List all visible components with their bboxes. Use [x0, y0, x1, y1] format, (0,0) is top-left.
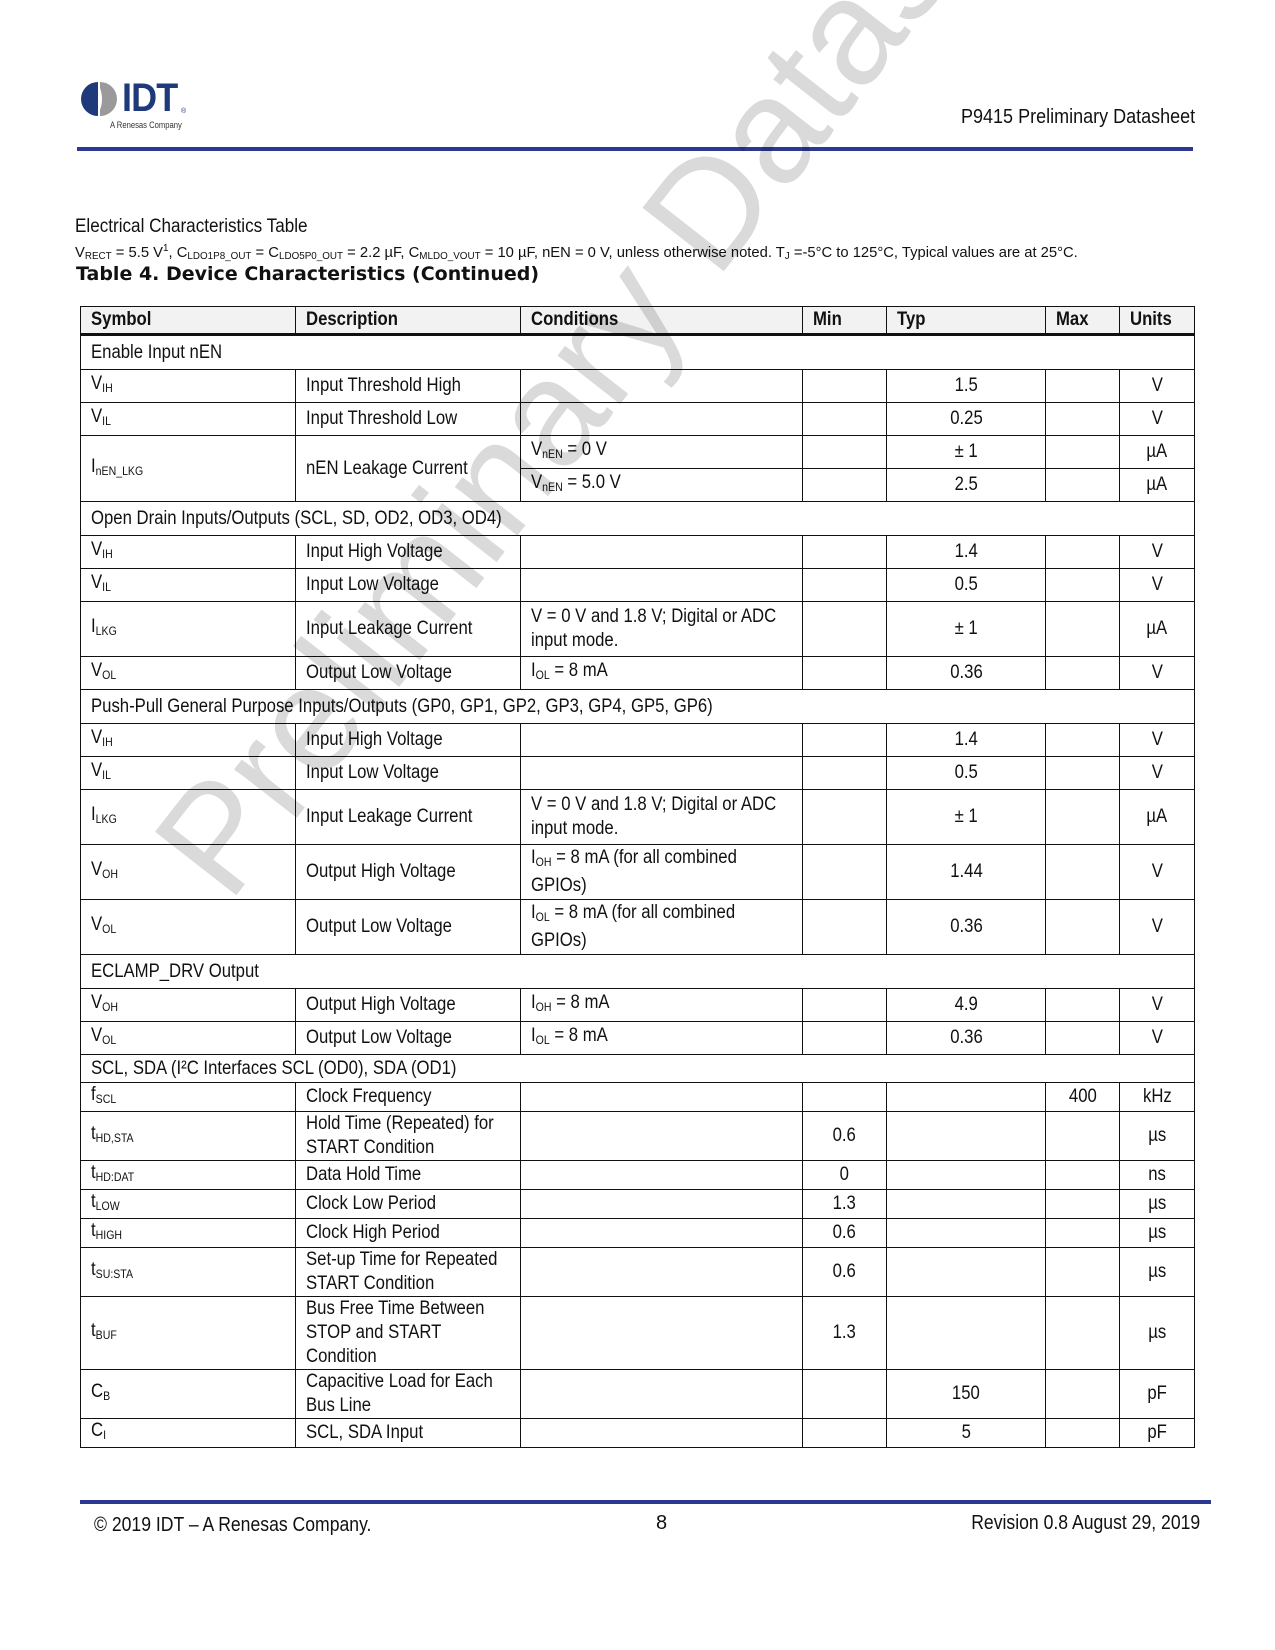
footer-copyright: © 2019 IDT – A Renesas Company.	[94, 1514, 371, 1537]
symbol-cell: VOL	[81, 1022, 296, 1055]
min-value-cell	[803, 1419, 887, 1448]
typ-value-cell: ± 1	[887, 436, 1046, 469]
symbol-cell: fSCL	[81, 1083, 296, 1112]
min-value-cell: 0	[803, 1161, 887, 1190]
description-cell: Bus Free Time BetweenSTOP and STARTCondi…	[296, 1297, 521, 1370]
units-text: V	[1151, 374, 1162, 398]
symbol-text: InEN_LKG	[91, 455, 143, 483]
units-text: V	[1151, 728, 1162, 752]
symbol-cell: tLOW	[81, 1190, 296, 1219]
units-cell: µA	[1120, 790, 1195, 845]
description-cell: Output Low Voltage	[296, 900, 521, 955]
typ-value-cell: 4.9	[887, 989, 1046, 1022]
symbol-cell: VIL	[81, 569, 296, 602]
typ-value-text: 0.36	[950, 915, 983, 939]
description-cell: nEN Leakage Current	[296, 436, 521, 502]
symbol-cell: VOL	[81, 657, 296, 690]
description-text: Input High Voltage	[306, 540, 443, 564]
units-cell: V	[1120, 370, 1195, 403]
conditions-cell: VnEN = 0 V	[521, 436, 803, 469]
max-value-text: 400	[1069, 1085, 1097, 1109]
units-text: V	[1151, 661, 1162, 685]
units-text: µs	[1148, 1321, 1166, 1345]
column-header-label: Max	[1056, 308, 1089, 332]
column-header-label: Description	[306, 308, 398, 332]
description-cell: Output High Voltage	[296, 845, 521, 900]
logo-registered-mark: ®	[181, 108, 186, 115]
table-row: VIHInput High Voltage1.4V	[81, 724, 1195, 757]
conditions-cell	[521, 1248, 803, 1297]
units-text: ns	[1148, 1163, 1166, 1187]
footer-revision: Revision 0.8 August 29, 2019	[971, 1512, 1200, 1535]
typ-value-text: ± 1	[954, 440, 977, 464]
conditions-cell: V = 0 V and 1.8 V; Digital or ADCinput m…	[521, 602, 803, 657]
min-value-cell	[803, 989, 887, 1022]
table-row: VOLOutput Low VoltageIOL = 8 mA0.36V	[81, 657, 1195, 690]
conditions-cell	[521, 1083, 803, 1112]
max-value-cell	[1046, 1297, 1120, 1370]
idt-logo-mark-icon	[78, 80, 120, 118]
description-cell: Input Low Voltage	[296, 569, 521, 602]
typ-value-cell: 150	[887, 1370, 1046, 1419]
typ-value-cell: 1.4	[887, 724, 1046, 757]
section-label: Push-Pull General Purpose Inputs/Outputs…	[81, 690, 1195, 724]
table-row: CBCapacitive Load for EachBus Line150pF	[81, 1370, 1195, 1419]
units-cell: ns	[1120, 1161, 1195, 1190]
typ-value-text: ± 1	[954, 805, 977, 829]
document-title: P9415 Preliminary Datasheet	[961, 106, 1195, 129]
description-text: Output Low Voltage	[306, 1026, 452, 1050]
min-value-cell: 1.3	[803, 1190, 887, 1219]
conditions-text: IOL = 8 mA	[531, 659, 608, 687]
symbol-text: tLOW	[91, 1190, 120, 1218]
description-text: Input High Voltage	[306, 728, 443, 752]
symbol-text: CB	[91, 1380, 110, 1408]
table-row: tHD:DATData Hold Time0ns	[81, 1161, 1195, 1190]
units-cell: V	[1120, 989, 1195, 1022]
max-value-cell	[1046, 602, 1120, 657]
section-label-text: SCL, SDA (I²C Interfaces SCL (OD0), SDA …	[91, 1057, 456, 1081]
max-value-cell	[1046, 657, 1120, 690]
min-value-cell: 0.6	[803, 1112, 887, 1161]
description-text: Input Leakage Current	[306, 617, 472, 641]
description-cell: Data Hold Time	[296, 1161, 521, 1190]
max-value-cell	[1046, 724, 1120, 757]
conditions-cell	[521, 1370, 803, 1419]
description-cell: Output High Voltage	[296, 989, 521, 1022]
conditions-cell: IOH = 8 mA	[521, 989, 803, 1022]
symbol-cell: ILKG	[81, 602, 296, 657]
conditions-cell	[521, 757, 803, 790]
description-text: Output High Voltage	[306, 993, 456, 1017]
min-value-cell	[803, 900, 887, 955]
max-value-cell	[1046, 1370, 1120, 1419]
description-cell: Clock High Period	[296, 1219, 521, 1248]
description-cell: Clock Low Period	[296, 1190, 521, 1219]
units-cell: kHz	[1120, 1083, 1195, 1112]
description-cell: Input Leakage Current	[296, 602, 521, 657]
min-value-cell: 0.6	[803, 1219, 887, 1248]
typ-value-text: 0.36	[950, 1026, 983, 1050]
typ-value-cell	[887, 1190, 1046, 1219]
typ-value-cell	[887, 1083, 1046, 1112]
conditions-cell	[521, 536, 803, 569]
table-row: fSCLClock Frequency400kHz	[81, 1083, 1195, 1112]
column-header-units: Units	[1120, 307, 1195, 335]
conditions-cell	[521, 724, 803, 757]
units-text: µA	[1147, 805, 1168, 829]
symbol-text: ILKG	[91, 803, 117, 831]
header-rule	[77, 147, 1193, 151]
conditions-cell: IOH = 8 mA (for all combinedGPIOs)	[521, 845, 803, 900]
max-value-cell	[1046, 1112, 1120, 1161]
typ-value-text: 150	[952, 1382, 980, 1406]
min-value-cell	[803, 602, 887, 657]
symbol-cell: VIH	[81, 724, 296, 757]
units-cell: pF	[1120, 1370, 1195, 1419]
description-cell: SCL, SDA Input	[296, 1419, 521, 1448]
units-text: V	[1151, 915, 1162, 939]
min-value-text: 0.6	[833, 1124, 856, 1148]
min-value-cell: 1.3	[803, 1297, 887, 1370]
units-cell: µs	[1120, 1248, 1195, 1297]
typ-value-cell: 0.36	[887, 657, 1046, 690]
idt-logo: IDT ® A Renesas Company	[78, 78, 198, 134]
description-cell: Capacitive Load for EachBus Line	[296, 1370, 521, 1419]
description-text: Set-up Time for RepeatedSTART Condition	[306, 1248, 497, 1296]
symbol-text: VOL	[91, 659, 116, 687]
min-value-cell	[803, 436, 887, 469]
symbol-cell: CI	[81, 1419, 296, 1448]
page-number: 8	[656, 1512, 667, 1535]
conditions-cell	[521, 1419, 803, 1448]
description-text: Clock Frequency	[306, 1085, 431, 1109]
table-section-row: SCL, SDA (I²C Interfaces SCL (OD0), SDA …	[81, 1055, 1195, 1083]
min-value-cell	[803, 757, 887, 790]
description-text: Input Threshold Low	[306, 407, 457, 431]
max-value-cell	[1046, 1022, 1120, 1055]
min-value-text: 1.3	[833, 1192, 856, 1216]
typ-value-text: 4.9	[954, 993, 977, 1017]
units-text: V	[1151, 1026, 1162, 1050]
table-section-row: ECLAMP_DRV Output	[81, 955, 1195, 989]
symbol-cell: VIH	[81, 536, 296, 569]
table-row: VOHOutput High VoltageIOH = 8 mA4.9V	[81, 989, 1195, 1022]
table-row: VIHInput High Voltage1.4V	[81, 536, 1195, 569]
table-header-row: SymbolDescriptionConditionsMinTypMaxUnit…	[81, 307, 1195, 335]
min-value-cell	[803, 536, 887, 569]
conditions-cell	[521, 569, 803, 602]
max-value-cell	[1046, 757, 1120, 790]
units-cell: µA	[1120, 602, 1195, 657]
units-cell: µA	[1120, 469, 1195, 502]
units-text: µA	[1147, 440, 1168, 464]
min-value-cell	[803, 370, 887, 403]
max-value-cell	[1046, 1419, 1120, 1448]
max-value-cell: 400	[1046, 1083, 1120, 1112]
symbol-text: CI	[91, 1419, 106, 1447]
typ-value-text: 0.36	[950, 661, 983, 685]
units-text: µs	[1148, 1221, 1166, 1245]
min-value-cell	[803, 845, 887, 900]
max-value-cell	[1046, 1161, 1120, 1190]
description-text: Input Leakage Current	[306, 805, 472, 829]
max-value-cell	[1046, 469, 1120, 502]
table-row: CISCL, SDA Input5pF	[81, 1419, 1195, 1448]
conditions-cell	[521, 1219, 803, 1248]
table-row: InEN_LKGnEN Leakage CurrentVnEN = 0 V± 1…	[81, 436, 1195, 469]
typ-value-cell: 1.5	[887, 370, 1046, 403]
table-row: VOHOutput High VoltageIOH = 8 mA (for al…	[81, 845, 1195, 900]
units-text: V	[1151, 407, 1162, 431]
symbol-text: fSCL	[91, 1083, 116, 1111]
symbol-cell: tHIGH	[81, 1219, 296, 1248]
min-value-cell	[803, 1370, 887, 1419]
table-row: tSU:STASet-up Time for RepeatedSTART Con…	[81, 1248, 1195, 1297]
column-header-min: Min	[803, 307, 887, 335]
table-row: VILInput Low Voltage0.5V	[81, 569, 1195, 602]
section-label: Open Drain Inputs/Outputs (SCL, SD, OD2,…	[81, 502, 1195, 536]
table-row: VIHInput Threshold High1.5V	[81, 370, 1195, 403]
typ-value-cell	[887, 1112, 1046, 1161]
units-cell: V	[1120, 900, 1195, 955]
conditions-text: IOH = 8 mA (for all combinedGPIOs)	[531, 846, 737, 898]
section-label: SCL, SDA (I²C Interfaces SCL (OD0), SDA …	[81, 1055, 1195, 1083]
column-header-symbol: Symbol	[81, 307, 296, 335]
max-value-cell	[1046, 436, 1120, 469]
table-section-row: Open Drain Inputs/Outputs (SCL, SD, OD2,…	[81, 502, 1195, 536]
symbol-text: tHIGH	[91, 1219, 122, 1247]
max-value-cell	[1046, 900, 1120, 955]
symbol-cell: tSU:STA	[81, 1248, 296, 1297]
column-header-label: Symbol	[91, 308, 151, 332]
units-text: V	[1151, 993, 1162, 1017]
min-value-text: 0	[840, 1163, 849, 1187]
units-cell: V	[1120, 845, 1195, 900]
min-value-text: 0.6	[833, 1260, 856, 1284]
max-value-cell	[1046, 845, 1120, 900]
max-value-cell	[1046, 536, 1120, 569]
symbol-cell: InEN_LKG	[81, 436, 296, 502]
description-text: nEN Leakage Current	[306, 457, 468, 481]
description-cell: Input Leakage Current	[296, 790, 521, 845]
typ-value-text: 1.4	[954, 728, 977, 752]
column-header-max: Max	[1046, 307, 1120, 335]
description-text: Output Low Voltage	[306, 915, 452, 939]
column-header-label: Typ	[897, 308, 925, 332]
section-label: ECLAMP_DRV Output	[81, 955, 1195, 989]
conditions-cell: VnEN = 5.0 V	[521, 469, 803, 502]
typ-value-text: 1.5	[954, 374, 977, 398]
typ-value-cell: 1.44	[887, 845, 1046, 900]
table-row: ILKGInput Leakage CurrentV = 0 V and 1.8…	[81, 602, 1195, 657]
table-row: tHIGHClock High Period0.6µs	[81, 1219, 1195, 1248]
units-cell: pF	[1120, 1419, 1195, 1448]
table-row: tBUFBus Free Time BetweenSTOP and STARTC…	[81, 1297, 1195, 1370]
min-value-cell	[803, 657, 887, 690]
min-value-text: 0.6	[833, 1221, 856, 1245]
column-header-label: Units	[1130, 308, 1172, 332]
column-header-label: Conditions	[531, 308, 618, 332]
conditions-cell	[521, 1297, 803, 1370]
min-value-cell	[803, 403, 887, 436]
description-text: Output High Voltage	[306, 860, 456, 884]
units-text: µA	[1147, 617, 1168, 641]
symbol-cell: tHD,STA	[81, 1112, 296, 1161]
description-text: Input Threshold High	[306, 374, 461, 398]
min-value-cell: 0.6	[803, 1248, 887, 1297]
symbol-cell: VIH	[81, 370, 296, 403]
table-row: VILInput Low Voltage0.5V	[81, 757, 1195, 790]
typ-value-cell	[887, 1297, 1046, 1370]
symbol-text: ILKG	[91, 615, 117, 643]
description-text: SCL, SDA Input	[306, 1421, 423, 1445]
conditions-cell	[521, 1161, 803, 1190]
symbol-cell: ILKG	[81, 790, 296, 845]
column-header-label: Min	[813, 308, 842, 332]
section-label-text: ECLAMP_DRV Output	[91, 960, 259, 984]
symbol-text: VOL	[91, 913, 116, 941]
table-section-row: Enable Input nEN	[81, 335, 1195, 370]
typ-value-text: ± 1	[954, 617, 977, 641]
symbol-cell: VIL	[81, 403, 296, 436]
units-cell: µs	[1120, 1190, 1195, 1219]
typ-value-cell: 1.4	[887, 536, 1046, 569]
typ-value-cell: 2.5	[887, 469, 1046, 502]
min-value-cell	[803, 1083, 887, 1112]
table-row: tLOWClock Low Period1.3µs	[81, 1190, 1195, 1219]
units-text: V	[1151, 540, 1162, 564]
symbol-text: VIL	[91, 405, 111, 433]
symbol-text: VIL	[91, 571, 111, 599]
typ-value-text: 5	[961, 1421, 970, 1445]
units-cell: µs	[1120, 1219, 1195, 1248]
description-cell: Input High Voltage	[296, 724, 521, 757]
units-text: µs	[1148, 1260, 1166, 1284]
description-text: Clock High Period	[306, 1221, 440, 1245]
typ-value-cell: 0.5	[887, 757, 1046, 790]
units-text: kHz	[1143, 1085, 1172, 1109]
section-label-text: Push-Pull General Purpose Inputs/Outputs…	[91, 695, 713, 719]
symbol-cell: tHD:DAT	[81, 1161, 296, 1190]
units-cell: V	[1120, 757, 1195, 790]
description-text: Input Low Voltage	[306, 761, 439, 785]
description-text: Capacitive Load for EachBus Line	[306, 1370, 493, 1418]
table-section-row: Push-Pull General Purpose Inputs/Outputs…	[81, 690, 1195, 724]
footer-rule	[80, 1500, 1211, 1504]
typ-value-cell: ± 1	[887, 790, 1046, 845]
typ-value-text: 1.44	[950, 860, 983, 884]
max-value-cell	[1046, 569, 1120, 602]
test-conditions-line: VRECT = 5.5 V1, CLDO1P8_OUT = CLDO5P0_OU…	[75, 243, 1078, 262]
typ-value-text: 1.4	[954, 540, 977, 564]
units-cell: V	[1120, 536, 1195, 569]
description-cell: Set-up Time for RepeatedSTART Condition	[296, 1248, 521, 1297]
column-header-typ: Typ	[887, 307, 1046, 335]
units-cell: V	[1120, 724, 1195, 757]
section-label: Enable Input nEN	[81, 335, 1195, 370]
units-text: V	[1151, 761, 1162, 785]
description-cell: Hold Time (Repeated) forSTART Condition	[296, 1112, 521, 1161]
conditions-text: IOH = 8 mA	[531, 991, 610, 1019]
units-cell: V	[1120, 569, 1195, 602]
logo-subtitle: A Renesas Company	[110, 120, 182, 130]
conditions-cell: IOL = 8 mA	[521, 657, 803, 690]
typ-value-cell: 5	[887, 1419, 1046, 1448]
column-header-conditions: Conditions	[521, 307, 803, 335]
conditions-cell: V = 0 V and 1.8 V; Digital or ADCinput m…	[521, 790, 803, 845]
description-cell: Input Threshold High	[296, 370, 521, 403]
max-value-cell	[1046, 790, 1120, 845]
conditions-cell	[521, 370, 803, 403]
conditions-text: V = 0 V and 1.8 V; Digital or ADCinput m…	[531, 605, 776, 653]
min-value-text: 1.3	[833, 1321, 856, 1345]
units-text: pF	[1147, 1382, 1167, 1406]
table-row: VILInput Threshold Low0.25V	[81, 403, 1195, 436]
symbol-text: VIH	[91, 372, 113, 400]
units-text: µs	[1148, 1124, 1166, 1148]
description-text: Input Low Voltage	[306, 573, 439, 597]
typ-value-cell: 0.36	[887, 1022, 1046, 1055]
column-header-description: Description	[296, 307, 521, 335]
logo-wordmark: IDT	[122, 76, 177, 121]
min-value-cell	[803, 790, 887, 845]
symbol-text: VIH	[91, 726, 113, 754]
min-value-cell	[803, 569, 887, 602]
units-text: V	[1151, 860, 1162, 884]
typ-value-cell: 0.36	[887, 900, 1046, 955]
typ-value-cell	[887, 1161, 1046, 1190]
units-text: pF	[1147, 1421, 1167, 1445]
units-text: µs	[1148, 1192, 1166, 1216]
conditions-cell	[521, 1190, 803, 1219]
units-cell: µs	[1120, 1297, 1195, 1370]
description-cell: Clock Frequency	[296, 1083, 521, 1112]
typ-value-text: 0.25	[950, 407, 983, 431]
symbol-cell: CB	[81, 1370, 296, 1419]
conditions-text: IOL = 8 mA (for all combinedGPIOs)	[531, 901, 735, 953]
typ-value-cell: ± 1	[887, 602, 1046, 657]
typ-value-cell	[887, 1219, 1046, 1248]
conditions-text: VnEN = 5.0 V	[531, 471, 621, 499]
units-text: µA	[1147, 473, 1168, 497]
description-text: Output Low Voltage	[306, 661, 452, 685]
device-characteristics-table: SymbolDescriptionConditionsMinTypMaxUnit…	[80, 306, 1195, 1448]
typ-value-cell: 0.5	[887, 569, 1046, 602]
typ-value-text: 2.5	[954, 473, 977, 497]
table-title: Table 4. Device Characteristics (Continu…	[76, 263, 539, 285]
conditions-cell: IOL = 8 mA	[521, 1022, 803, 1055]
description-text: Hold Time (Repeated) forSTART Condition	[306, 1112, 494, 1160]
description-text: Clock Low Period	[306, 1192, 436, 1216]
max-value-cell	[1046, 1248, 1120, 1297]
conditions-text: IOL = 8 mA	[531, 1024, 608, 1052]
conditions-text: V = 0 V and 1.8 V; Digital or ADCinput m…	[531, 793, 776, 841]
max-value-cell	[1046, 403, 1120, 436]
table-row: tHD,STAHold Time (Repeated) forSTART Con…	[81, 1112, 1195, 1161]
symbol-text: tBUF	[91, 1319, 117, 1347]
typ-value-cell: 0.25	[887, 403, 1046, 436]
description-cell: Output Low Voltage	[296, 657, 521, 690]
symbol-cell: tBUF	[81, 1297, 296, 1370]
units-cell: V	[1120, 1022, 1195, 1055]
max-value-cell	[1046, 1190, 1120, 1219]
table-row: VOLOutput Low VoltageIOL = 8 mA0.36V	[81, 1022, 1195, 1055]
description-text: Data Hold Time	[306, 1163, 421, 1187]
symbol-text: VOL	[91, 1024, 116, 1052]
typ-value-cell	[887, 1248, 1046, 1297]
symbol-text: tSU:STA	[91, 1258, 133, 1286]
